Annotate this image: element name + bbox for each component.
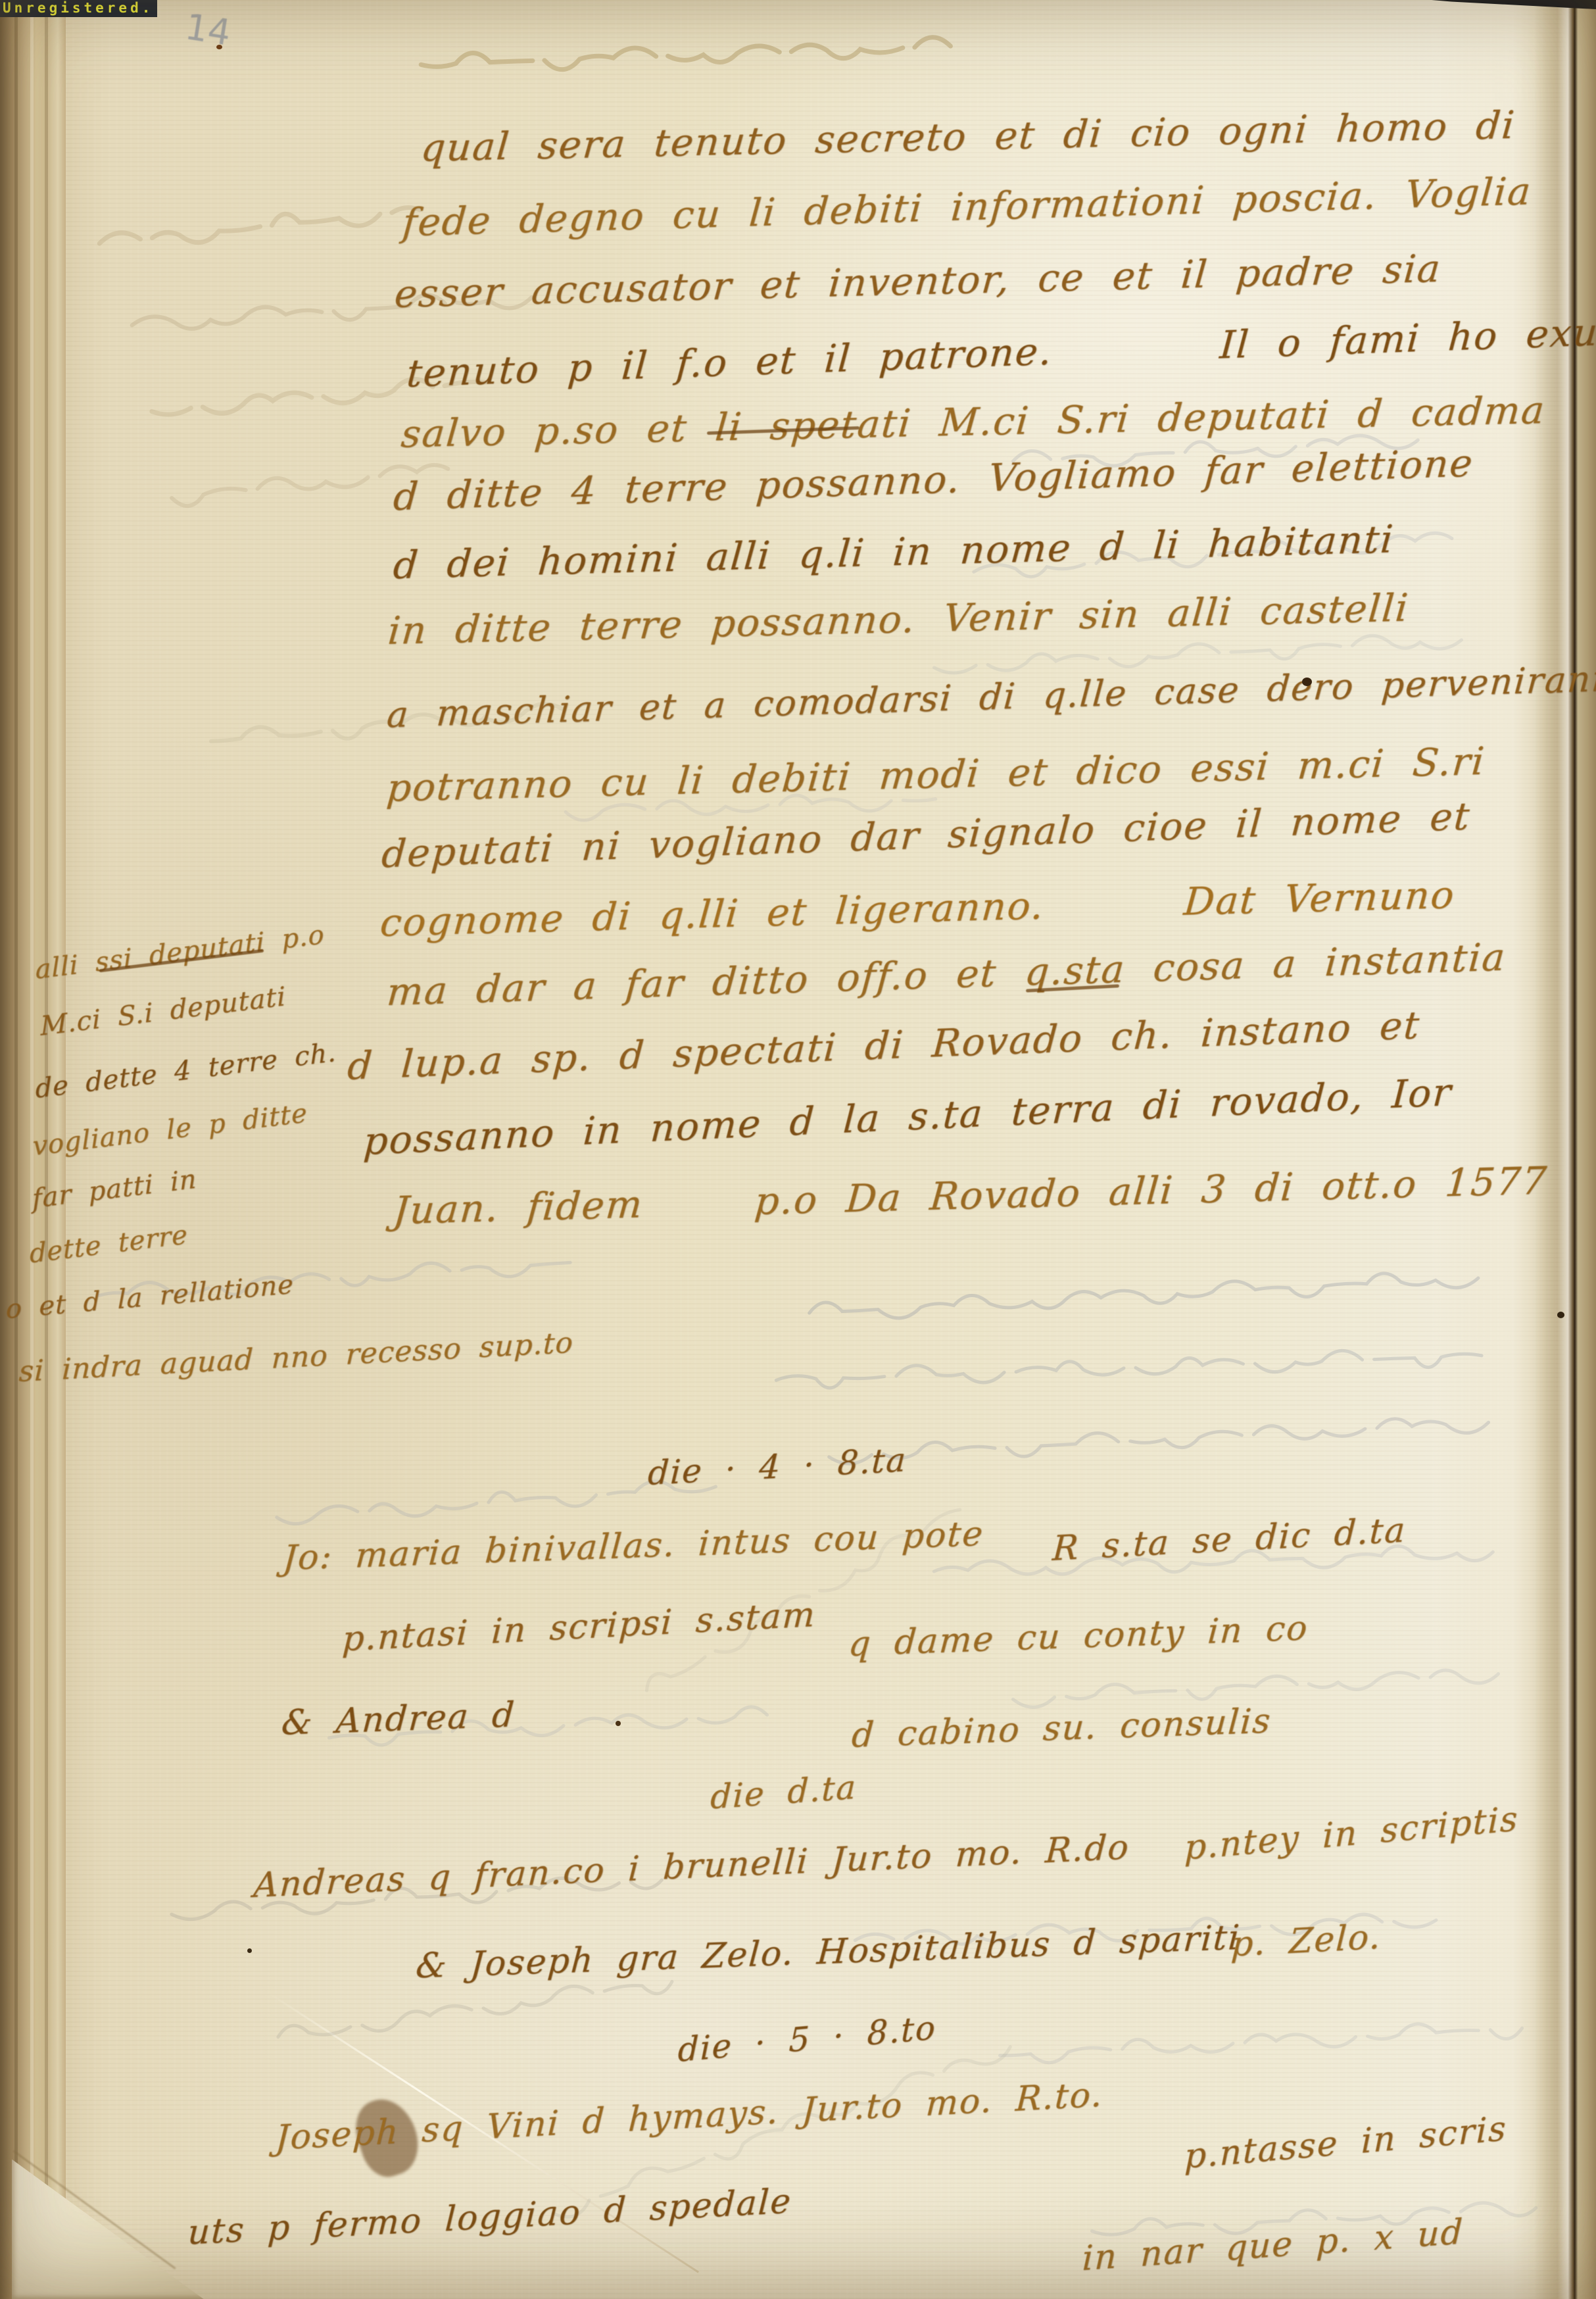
- entry-text: q dame cu conty in co: [847, 1612, 1309, 1662]
- entry-text: Jo: maria binivallas. intus cou pote: [282, 1517, 985, 1575]
- entry-text: in nar que p. x ud: [1082, 2215, 1464, 2277]
- ink-speck: [1302, 678, 1312, 686]
- bleedthrough-writing: [420, 18, 922, 94]
- main-text-line: qual sera tenuto secreto et di cio ogni …: [420, 106, 1517, 167]
- main-text-line: Juan. fidem p.o Da Rovado alli 3 di ott.…: [392, 1161, 1549, 1229]
- main-text-line: in ditte terre possanno. Venir sin alli …: [387, 588, 1411, 649]
- main-text-line: d dei homini alli q.li in nome d li habi…: [392, 520, 1395, 584]
- entry-text: p. Zelo.: [1230, 1920, 1382, 1962]
- main-text-line: d ditte 4 terre possanno. Vogliamo far e…: [392, 443, 1475, 516]
- entry-text: & Joseph gra Zelo. Hospitalibus d sparit…: [415, 1921, 1242, 1984]
- main-text-line: ma dar a far ditto off.o et q.sta cosa a…: [385, 937, 1507, 1011]
- main-text-line: potranno cu li debiti modi et dico essi …: [385, 742, 1487, 807]
- entry-text: uts p fermo loggiao d spedale: [187, 2185, 792, 2250]
- margin-note-line: M.ci S.i deputati: [40, 983, 287, 1040]
- entry-text: Joseph sq Vini d hymays. Jur.to mo. R.to…: [274, 2078, 1103, 2156]
- margin-note-line: de dette 4 terre ch.: [35, 1039, 337, 1102]
- ink-speck: [1557, 1312, 1564, 1318]
- entry-text: R s.ta se dic d.ta: [1052, 1514, 1407, 1566]
- bleedthrough-writing: [808, 1249, 1467, 1343]
- folio-number: 14: [182, 6, 233, 54]
- bleedthrough-writing: [827, 1395, 1454, 1487]
- margin-note-line: alli ssi deputati p.o: [35, 922, 325, 983]
- ink-speck: [216, 45, 222, 49]
- entry-text: p.ntasi in scripsi s.stam: [341, 1598, 817, 1657]
- section-heading: die · 4 · 8.ta: [647, 1444, 907, 1491]
- ink-speck: [616, 1721, 621, 1726]
- margin-note-footer: si indra aguad nno recesso sup.to: [18, 1329, 574, 1387]
- entry-text: p.ntasse in scris: [1184, 2112, 1507, 2174]
- bleedthrough-writing: [97, 181, 417, 273]
- manuscript-scan-page: Unregistered. 14 qual sera tenuto secret…: [0, 0, 1596, 2299]
- main-text-line: tenuto p il f.o et il patrone. Il o fami…: [406, 310, 1596, 392]
- main-text-line: esser accusator et inventor, ce et il pa…: [393, 249, 1443, 312]
- main-text-line: d lup.a sp. d spectati di Rovado ch. ins…: [347, 1006, 1422, 1085]
- bleedthrough-writing: [998, 2000, 1501, 2085]
- entry-text: Andreas q fran.co i brunelli Jur.to mo. …: [253, 1831, 1130, 1903]
- entry-text: p.ntey in scriptis: [1184, 1802, 1519, 1866]
- section-heading: die · 5 · 8.to: [677, 2012, 936, 2067]
- entry-text: & Andrea d: [280, 1698, 516, 1741]
- main-text-line: fede degno cu li debiti informationi pos…: [401, 172, 1533, 241]
- main-text-line: cognome di q.lli et ligeranno. Dat Vernu…: [379, 876, 1457, 942]
- spine-ridge: [14, 0, 18, 2299]
- section-heading: die d.ta: [710, 1771, 858, 1814]
- ink-speck: [247, 1948, 252, 1953]
- bleedthrough-writing: [775, 1327, 1468, 1410]
- main-text-line: deputati ni vogliano dar signalo cioe il…: [380, 797, 1472, 873]
- entry-text: d cabino su. consulis: [850, 1704, 1272, 1753]
- scanner-watermark: Unregistered.: [0, 0, 157, 17]
- main-text-line: a maschiar et a comodarsi di q.lle case …: [385, 660, 1596, 733]
- scan-background-corner: [1432, 0, 1596, 9]
- main-text-line: possanno in nome d la s.ta terra di rova…: [362, 1072, 1453, 1160]
- margin-note-line: vogliano le p ditte: [32, 1100, 308, 1160]
